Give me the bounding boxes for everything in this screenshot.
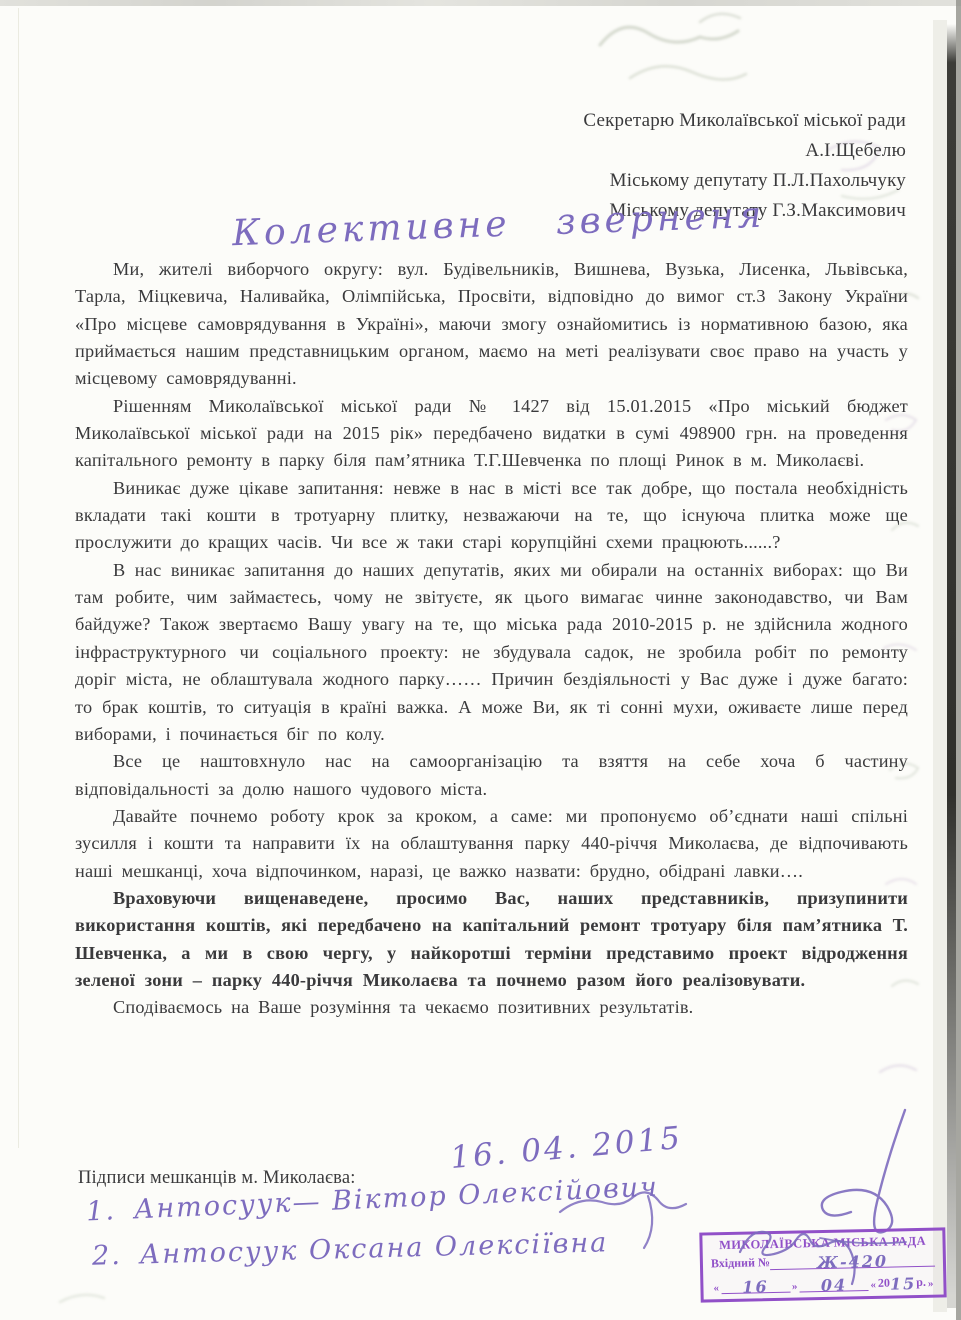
signature-number: 1.: [86, 1195, 117, 1227]
paragraph: Рішенням Миколаївської міської ради № 14…: [75, 393, 908, 475]
stamp-year-century: 20: [878, 1276, 890, 1291]
bold-request-paragraph: Враховуючи вищенаведене, просимо Вас, на…: [75, 885, 908, 994]
recipient-line: Міському депутату П.Л.Пахольчуку: [583, 166, 906, 196]
stamp-quote: »: [926, 1278, 936, 1290]
signature-number: 2.: [92, 1240, 123, 1272]
incoming-stamp: МИКОЛАЇВСЬКА МІСЬКА РАДА Вхідний № Ж-420…: [699, 1227, 946, 1302]
stamp-year-suffix: р.: [916, 1275, 926, 1290]
paper-right-margin: [933, 20, 947, 1312]
handwritten-title: Колективне зверненя: [231, 195, 766, 255]
stamp-quote: »: [790, 1280, 800, 1292]
handwritten-date: 16. 04. 2015: [449, 1120, 684, 1176]
stamp-quote: «: [711, 1282, 721, 1294]
stamp-number-field: Вхідний № Ж-420: [711, 1251, 935, 1272]
paragraph: В нас виникає запитання до наших депутат…: [75, 557, 908, 748]
recipient-line: А.І.Щебелю: [583, 136, 906, 166]
paragraph: Виникає дуже цікаве запитання: невже в н…: [75, 475, 908, 557]
paragraph: Давайте почнемо роботу крок за кроком, а…: [75, 803, 908, 885]
signature-name: Антосуук Оксана Олексіївна: [139, 1227, 608, 1270]
closing-line: Сподіваємось на Ваше розуміння та чекаєм…: [75, 994, 908, 1021]
letter-body: Ми, жителі виборчого округу: вул. Будіве…: [75, 256, 908, 1022]
paragraph: Ми, жителі виборчого округу: вул. Будіве…: [75, 256, 908, 393]
signature-entry: 2.Антосуук Оксана Олексіївна: [92, 1227, 609, 1272]
stamp-entry-number: Ж-420: [817, 1252, 888, 1272]
scan-right-edge: [947, 24, 956, 1308]
stamp-day: 16: [742, 1277, 769, 1297]
paragraph: Все це наштовхнуло нас на самоорганізаці…: [75, 748, 908, 803]
stamp-entry-label: Вхідний №: [711, 1255, 770, 1271]
scanned-document-page: Секретарю Миколаївської міської ради А.І…: [0, 0, 961, 1320]
stamp-quote: «: [868, 1279, 878, 1291]
stamp-year: 15: [890, 1274, 917, 1294]
scan-right-border: [956, 0, 961, 1320]
stamp-month: 04: [821, 1276, 848, 1296]
stamp-date-field: « 16 » 04 « 20 15 р. »: [711, 1271, 935, 1295]
scan-top-edge: [0, 0, 961, 6]
recipient-line: Секретарю Миколаївської міської ради: [583, 106, 906, 136]
paper-fold-line: [18, 8, 19, 1148]
